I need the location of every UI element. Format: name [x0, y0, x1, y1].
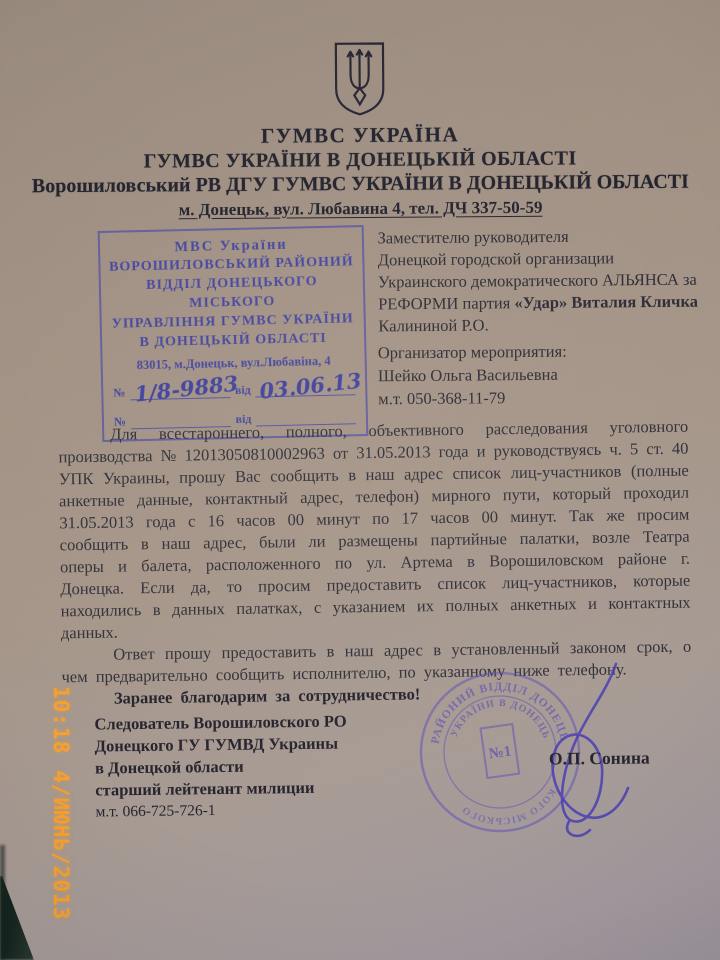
date-blank: 03.06.13 [256, 380, 356, 397]
organizer-phone: м.т. 050-368-11-79 [378, 385, 678, 411]
addressee-line-part: РЕФОРМИ партия [378, 293, 514, 313]
letterhead: ГУМВС УКРАЇНА ГУМВС УКРАЇНИ В ДОНЕЦЬКІЙ … [29, 38, 690, 223]
number-label: № [113, 385, 125, 400]
timestamp-time: 10:18 [49, 686, 73, 754]
seal-center-text: №1 [488, 743, 513, 762]
signer-title-line: старший лейтенант милиции [95, 776, 347, 801]
addressee-block: Заместителю руководителя Донецкой городс… [378, 225, 704, 338]
seal-arc-bottom-text: КОГО МІСЬКОГО [460, 786, 558, 826]
number-blank: 1/8-9883 [130, 383, 230, 400]
organizer-label: Организатор мероприятия: [378, 339, 678, 365]
stamp-number-row: № 1/8-9883 від 03.06.13 [109, 380, 359, 401]
handwritten-number: 1/8-9883 [133, 370, 239, 406]
signer-title-line: Следователь Ворошиловского РО [94, 710, 346, 735]
addressee-line: Калининой Р.О. [378, 313, 703, 338]
organizer-name: Шейко Ольга Васильевна [378, 362, 678, 388]
party-name-bold: «Удар» Виталия Кличка [514, 292, 698, 313]
addressee-line: Заместителю руководителя [378, 225, 703, 250]
signer-phone: м.т. 066-725-726-1 [95, 798, 347, 823]
registration-stamp: МВС України ВОРОШИЛОВСЬКИЙ РАЙОНИЙ ВІДДІ… [98, 225, 369, 442]
org-address: м. Донецьк, вул. Любавина 4, тел. ДЧ 337… [30, 195, 690, 223]
camera-timestamp: 10:184/ИЮНЬ/2013 [49, 686, 73, 920]
seal-center-emblem: №1 [481, 724, 520, 778]
svg-text:КОГО МІСЬКОГО: КОГО МІСЬКОГО [460, 786, 558, 826]
timestamp-date: 4/ИЮНЬ/2013 [49, 770, 73, 920]
org-name-3: Ворошиловський РВ ДГУ ГУМВС УКРАЇНИ В ДО… [30, 170, 690, 200]
table-corner [0, 876, 34, 960]
signer-title-line: Донецкого ГУ ГУМВД Украины [95, 732, 347, 757]
trident-emblem [330, 40, 389, 118]
signer-title-line: в Донецкой области [95, 754, 347, 779]
signer-title-block: Следователь Ворошиловского РО Донецкого … [94, 710, 348, 823]
addressee-line: Украинского демократического АЛЬЯНСА за [378, 269, 703, 294]
document-photo: ГУМВС УКРАЇНА ГУМВС УКРАЇНИ В ДОНЕЦЬКІЙ … [0, 0, 720, 960]
organizer-block: Организатор мероприятия: Шейко Ольга Вас… [378, 339, 679, 411]
addressee-line: Донецкой городской организации [378, 247, 703, 272]
stamp-line: ВІДДІЛ ДОНЕЦЬКОГО МІСЬКОГО [107, 271, 358, 315]
handwritten-date: 03.06.13 [259, 368, 363, 404]
paragraph-1: Для всестароннего, полного, объективного… [58, 416, 691, 645]
signer-name: О.П. Сонина [549, 747, 650, 769]
addressee-line: РЕФОРМИ партия «Удар» Виталия Кличка [378, 291, 703, 316]
